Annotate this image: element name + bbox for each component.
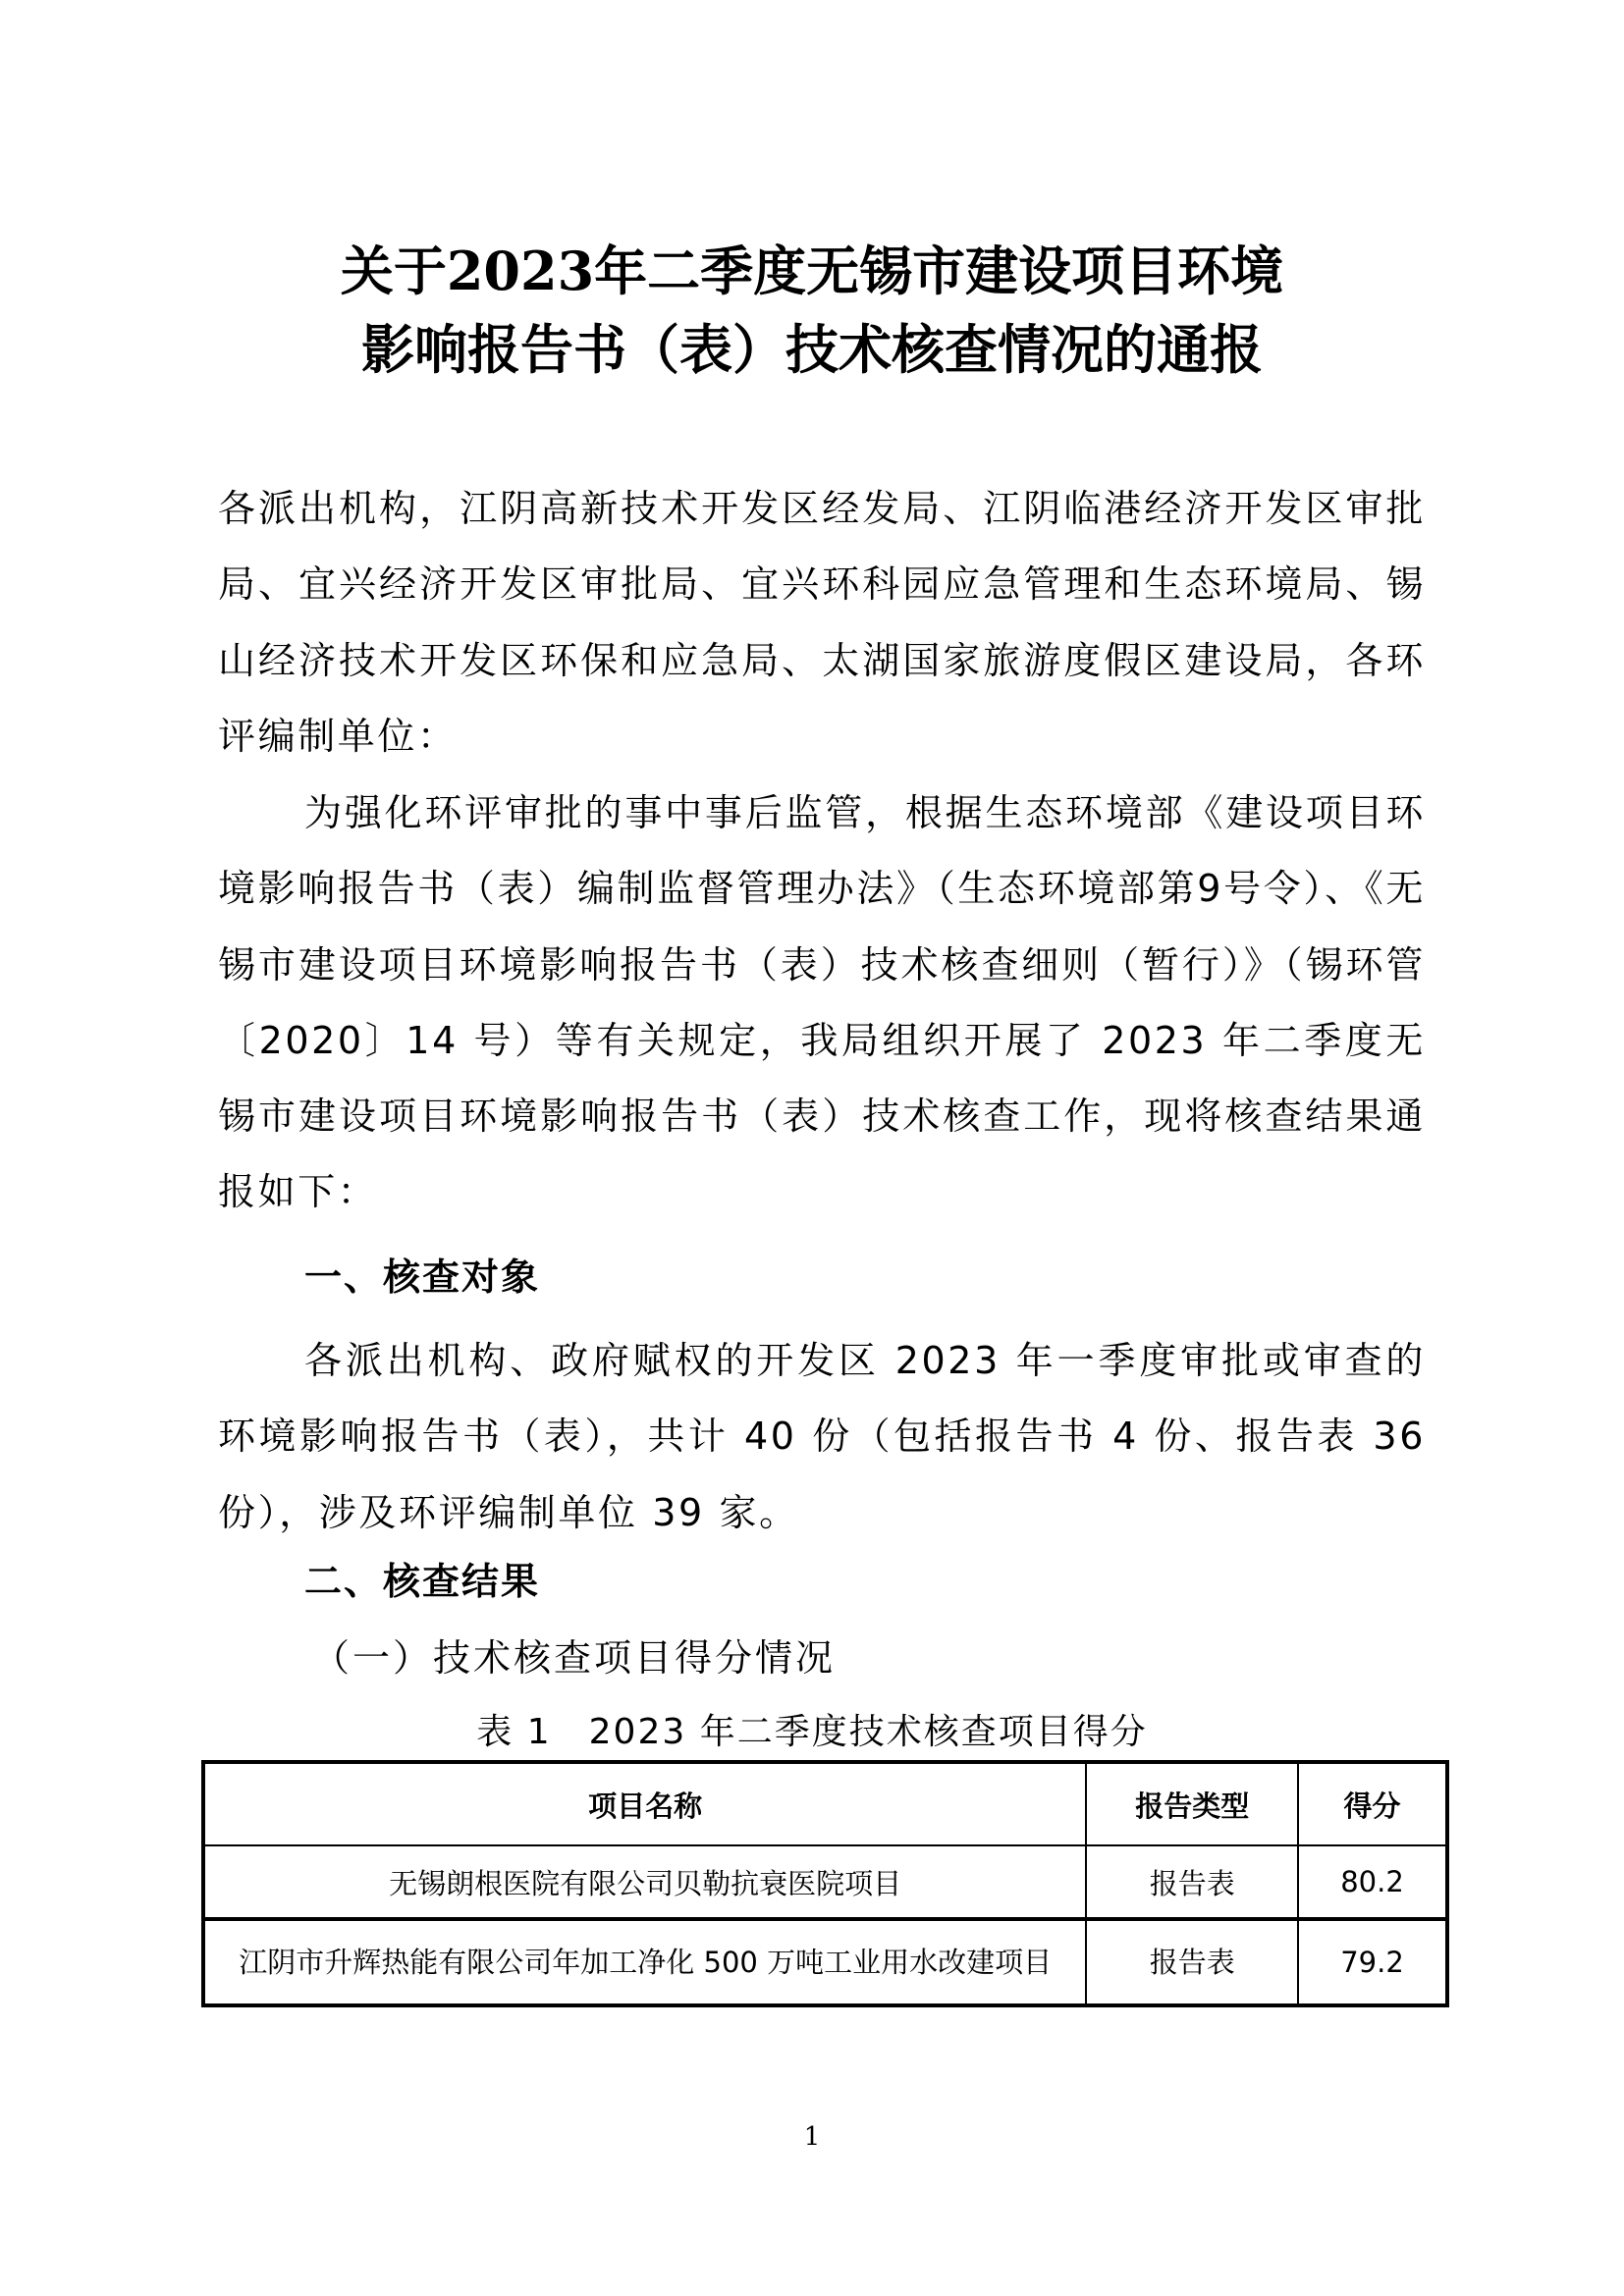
header-score: 得分 — [1298, 1762, 1447, 1845]
section-1-heading: 一、核查对象 — [304, 1247, 540, 1301]
header-project-name: 项目名称 — [203, 1762, 1086, 1845]
cell-report-type: 报告表 — [1086, 1845, 1298, 1919]
header-report-type: 报告类型 — [1086, 1762, 1298, 1845]
cell-project-name: 江阴市升辉热能有限公司年加工净化 500 万吨工业用水改建项目 — [203, 1919, 1086, 2005]
section-1-paragraph: 各派出机构、政府赋权的开发区 2023 年一季度审批或审查的环境影响报告书（表）… — [218, 1323, 1426, 1551]
document-title-line-2: 影响报告书（表）技术核查情况的通报 — [0, 312, 1624, 387]
score-table: 项目名称 报告类型 得分 无锡朗根医院有限公司贝勒抗衰医院项目 报告表 80.2… — [201, 1760, 1449, 2007]
document-title-line-1: 关于2023年二季度无锡市建设项目环境 — [0, 234, 1624, 308]
addressee-paragraph: 各派出机构，江阴高新技术开发区经发局、江阴临港经济开发区审批局、宜兴经济开发区审… — [218, 471, 1426, 774]
intro-paragraph: 为强化环评审批的事中事后监管，根据生态环境部《建设项目环境影响报告书（表）编制监… — [218, 775, 1426, 1231]
page-number: 1 — [0, 2122, 1624, 2152]
table-row: 无锡朗根医院有限公司贝勒抗衰医院项目 报告表 80.2 — [203, 1845, 1447, 1919]
cell-project-name: 无锡朗根医院有限公司贝勒抗衰医院项目 — [203, 1845, 1086, 1919]
table-row: 江阴市升辉热能有限公司年加工净化 500 万吨工业用水改建项目 报告表 79.2 — [203, 1919, 1447, 2005]
cell-report-type: 报告表 — [1086, 1919, 1298, 2005]
section-2-heading: 二、核查结果 — [304, 1551, 540, 1605]
table-caption: 表 1 2023 年二季度技术核查项目得分 — [0, 1704, 1624, 1754]
cell-score: 79.2 — [1298, 1919, 1447, 2005]
table-header-row: 项目名称 报告类型 得分 — [203, 1762, 1447, 1845]
subsection-1-heading: （一）技术核查项目得分情况 — [312, 1628, 836, 1682]
cell-score: 80.2 — [1298, 1845, 1447, 1919]
